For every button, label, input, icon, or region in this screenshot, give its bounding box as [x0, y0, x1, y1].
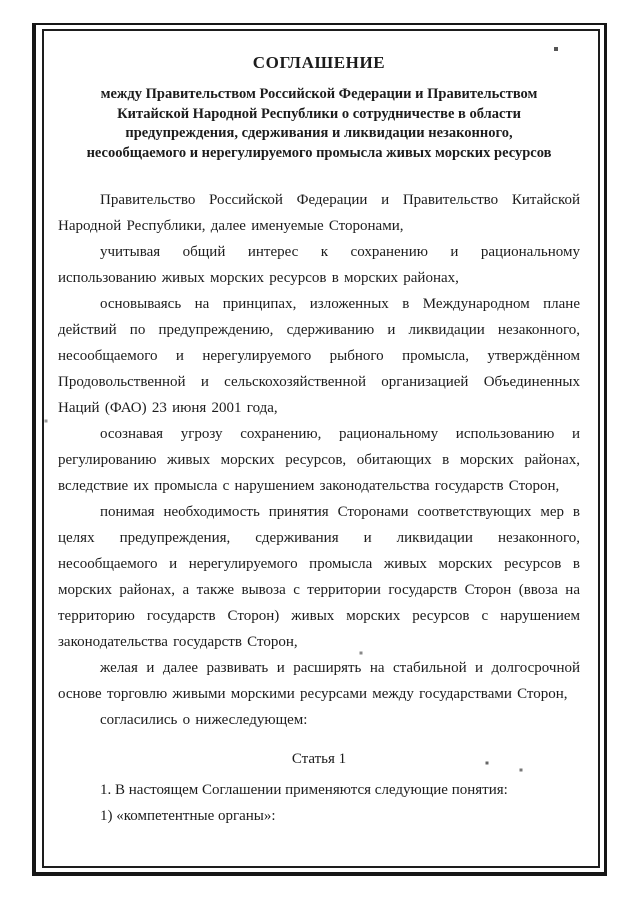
paragraph: согласились о нижеследующем: [58, 707, 580, 733]
paragraph: основываясь на принципах, изложенных в М… [58, 291, 580, 421]
paragraph: Правительство Российской Федерации и Пра… [58, 187, 580, 239]
paragraph: понимая необходимость принятия Сторонами… [58, 499, 580, 655]
preamble: Правительство Российской Федерации и Пра… [58, 187, 580, 733]
article-line: 1. В настоящем Соглашении применяются сл… [58, 777, 580, 803]
paragraph: учитывая общий интерес к сохранению и ра… [58, 239, 580, 291]
page-content: СОГЛАШЕНИЕ между Правительством Российск… [58, 31, 580, 866]
subtitle-line: предупреждения, сдерживания и ликвидации… [58, 124, 580, 144]
page-border-inner: СОГЛАШЕНИЕ между Правительством Российск… [42, 29, 600, 868]
subtitle-line: несообщаемого и нерегулируемого промысла… [58, 144, 580, 164]
article-line: 1) «компетентные органы»: [58, 803, 580, 829]
article-1-heading: Статья 1 [58, 746, 580, 772]
scan-speckles [0, 0, 2, 2]
scanned-document-page: { "page": { "title": "СОГЛАШЕНИЕ", "subt… [0, 0, 640, 905]
subtitle-line: между Правительством Российской Федераци… [58, 85, 580, 105]
document-title: СОГЛАШЕНИЕ [58, 53, 580, 73]
article-1-body: 1. В настоящем Соглашении применяются сл… [58, 777, 580, 829]
paragraph: желая и далее развивать и расширять на с… [58, 655, 580, 707]
paragraph: осознавая угрозу сохранению, рационально… [58, 421, 580, 499]
subtitle-line: Китайской Народной Республики о сотрудни… [58, 105, 580, 125]
page-border-outer: СОГЛАШЕНИЕ между Правительством Российск… [32, 23, 607, 876]
document-subtitle: между Правительством Российской Федераци… [58, 85, 580, 163]
